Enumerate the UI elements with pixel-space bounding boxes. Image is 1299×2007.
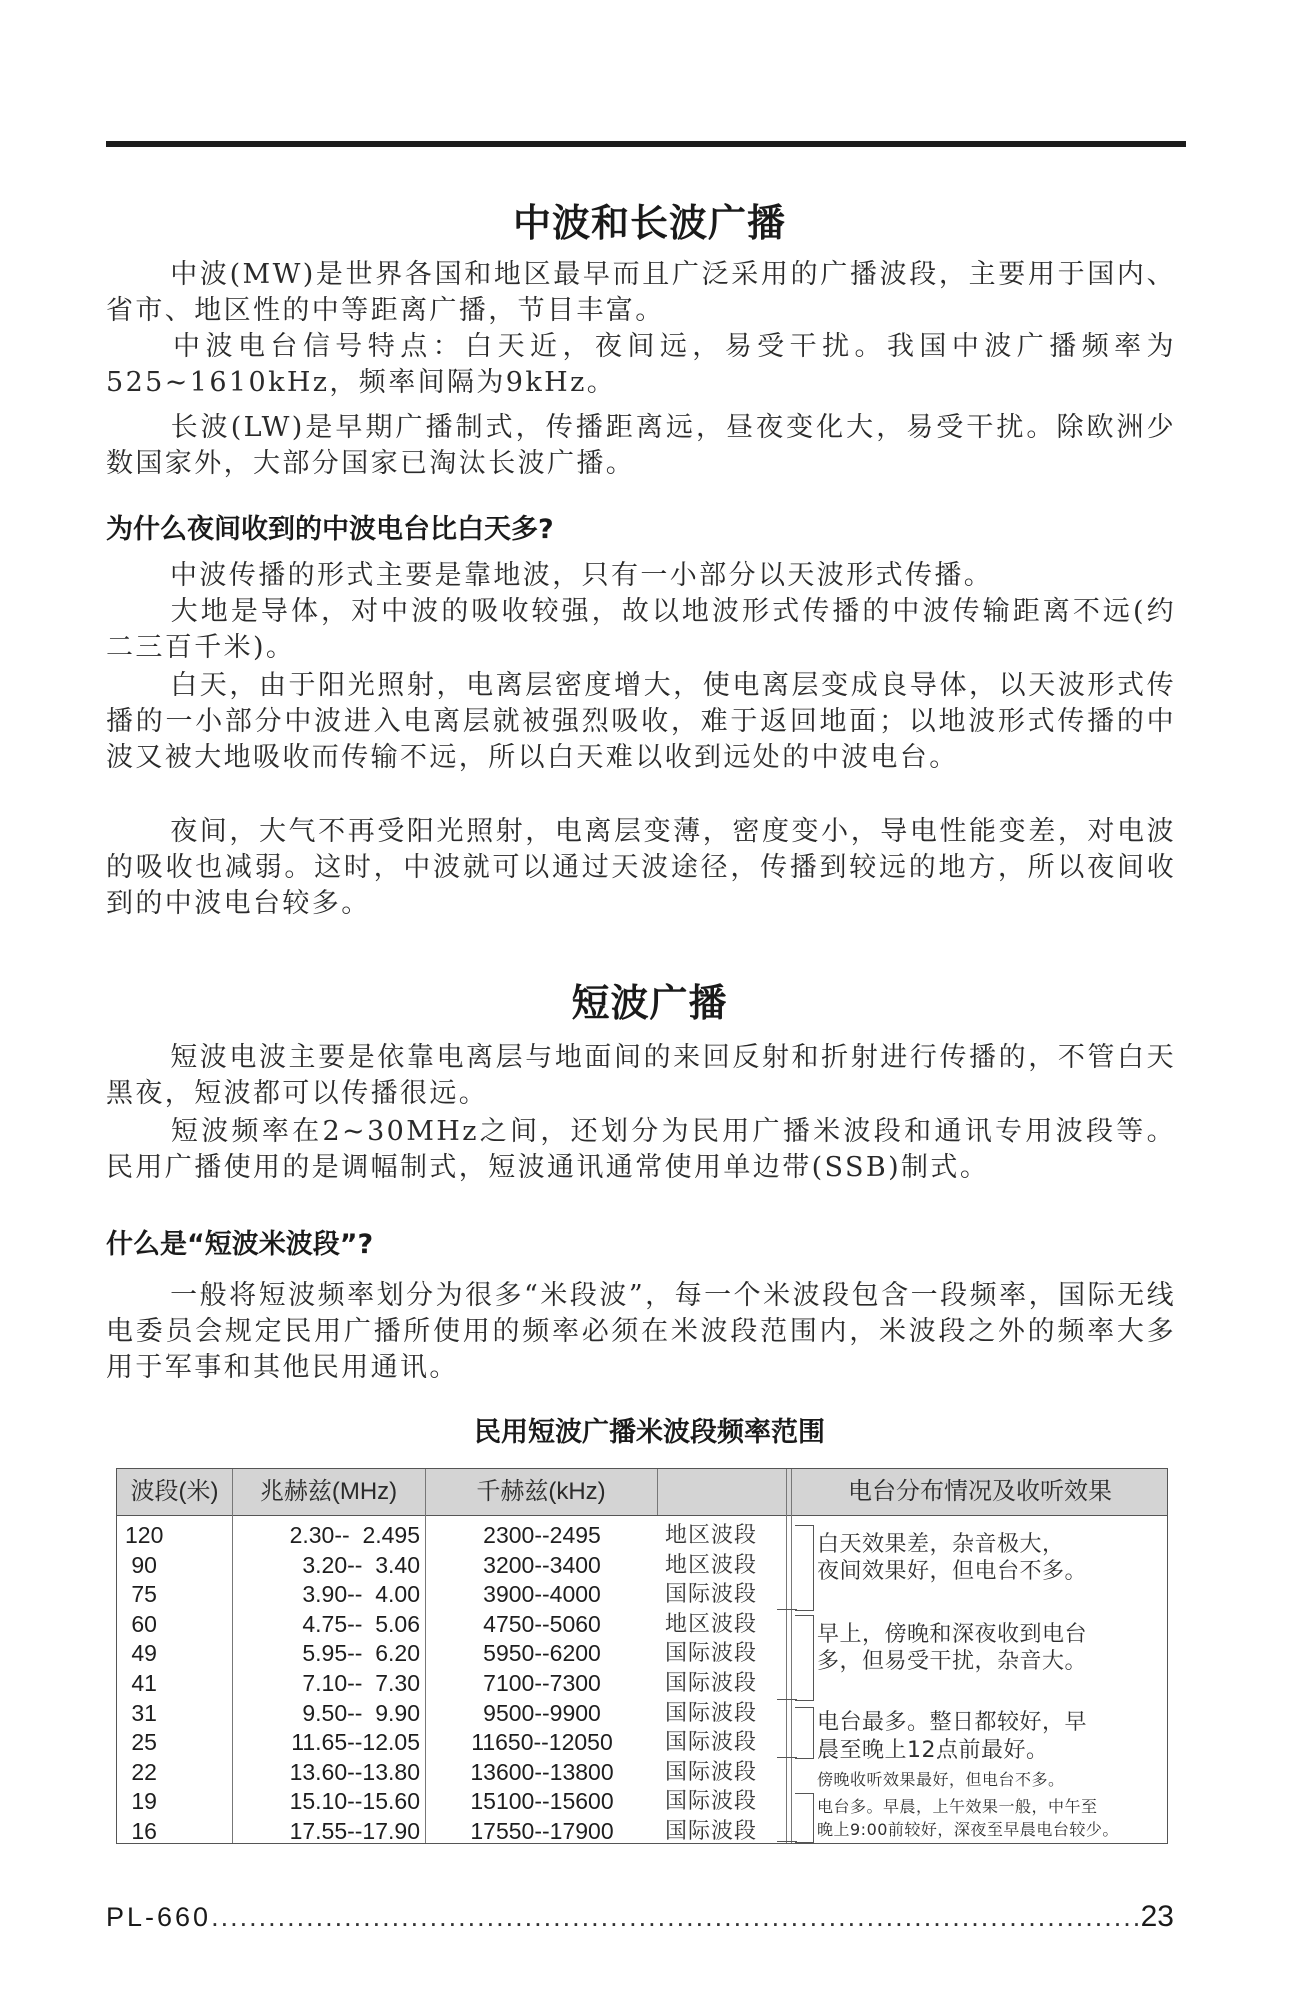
cell-khz: 13600--13800: [427, 1758, 657, 1788]
cell-mhz: 9.50-- 9.90: [245, 1699, 420, 1729]
cell-khz: 3900--4000: [427, 1580, 657, 1610]
cell-meter: 41: [125, 1669, 225, 1699]
cell-band-type: 地区波段: [665, 1521, 785, 1551]
cell-band-type: 地区波段: [665, 1551, 785, 1581]
cell-khz: 9500--9900: [427, 1699, 657, 1729]
paragraph-sw-1: 短波电波主要是依靠电离层与地面间的来回反射和折射进行传播的，不管白天黑夜，短波都…: [106, 1040, 1176, 1112]
column-meter: 120 90 75 60 49 41 31 25 22 19 16: [125, 1521, 225, 1847]
page-number: 23: [1141, 1900, 1174, 1934]
cell-meter: 22: [125, 1758, 225, 1788]
group-bracket-tick: [777, 1609, 797, 1610]
cell-mhz: 17.55--17.90: [245, 1817, 420, 1847]
cell-khz: 11650--12050: [427, 1728, 657, 1758]
group-bracket: [795, 1525, 814, 1611]
cell-khz: 7100--7300: [427, 1669, 657, 1699]
header-meter: 波段(米): [117, 1469, 232, 1515]
frequency-table: 波段(米) 兆赫兹(MHz) 千赫兹(kHz) 电台分布情况及收听效果 120 …: [116, 1468, 1168, 1844]
section-title-sw: 短波广播: [0, 972, 1299, 1027]
cell-mhz: 7.10-- 7.30: [245, 1669, 420, 1699]
cell-band-type: 国际波段: [665, 1787, 785, 1817]
table-title: 民用短波广播米波段频率范围: [0, 1410, 1299, 1449]
paragraph-mw-intro: 中波(MW)是世界各国和地区最早而且广泛采用的广播波段，主要用于国内、省市、地区…: [106, 257, 1176, 329]
cell-band-type: 地区波段: [665, 1610, 785, 1640]
paragraph-night-1: 中波传播的形式主要是靠地波，只有一小部分以天波形式传播。: [106, 558, 1176, 594]
group-bracket-tick: [777, 1699, 797, 1700]
note-120-75: 白天效果差，杂音极大， 夜间效果好，但电台不多。: [817, 1531, 1087, 1585]
note-60-41: 早上，傍晚和深夜收到电台 多，但易受干扰，杂音大。: [817, 1621, 1087, 1675]
heading-meter-band: 什么是“短波米波段”?: [106, 1222, 373, 1261]
cell-meter: 49: [125, 1639, 225, 1669]
group-bracket: [795, 1707, 814, 1759]
cell-meter: 16: [125, 1817, 225, 1847]
leader-dots: ........................................…: [211, 1902, 1141, 1933]
note-22: 傍晚收听效果最好，但电台不多。: [817, 1769, 1065, 1791]
cell-mhz: 15.10--15.60: [245, 1787, 420, 1817]
cell-khz: 5950--6200: [427, 1639, 657, 1669]
col-divider: [791, 1469, 792, 1843]
col-divider: [232, 1469, 233, 1843]
paragraph-night-4: 夜间，大气不再受阳光照射，电离层变薄，密度变小，导电性能变差，对电波的吸收也减弱…: [106, 814, 1176, 922]
cell-meter: 31: [125, 1699, 225, 1729]
col-divider: [425, 1469, 426, 1843]
cell-khz: 2300--2495: [427, 1521, 657, 1551]
cell-band-type: 国际波段: [665, 1758, 785, 1788]
note-19-16: 电台多。早晨，上午效果一般，中午至 晚上9:00前较好，深夜至早晨电台较少。: [817, 1795, 1119, 1841]
top-rule: [106, 141, 1186, 147]
cell-meter: 25: [125, 1728, 225, 1758]
header-band-type: [657, 1469, 787, 1515]
section-title-mw-lw: 中波和长波广播: [0, 192, 1299, 247]
paragraph-night-2: 大地是导体，对中波的吸收较强，故以地波形式传播的中波传输距离不远(约二三百千米)…: [106, 594, 1176, 666]
group-bracket: [795, 1615, 814, 1701]
cell-mhz: 2.30-- 2.495: [245, 1521, 420, 1551]
header-khz: 千赫兹(kHz): [425, 1469, 657, 1515]
cell-meter: 60: [125, 1610, 225, 1640]
cell-band-type: 国际波段: [665, 1669, 785, 1699]
paragraph-mw-characteristics: 中波电台信号特点：白天近，夜间远，易受干扰。我国中波广播频率为525~1610k…: [106, 329, 1176, 401]
cell-band-type: 国际波段: [665, 1580, 785, 1610]
paragraph-lw: 长波(LW)是早期广播制式，传播距离远，昼夜变化大，易受干扰。除欧洲少数国家外，…: [106, 410, 1176, 482]
group-bracket-tick: [777, 1841, 797, 1842]
header-notes: 电台分布情况及收听效果: [793, 1469, 1167, 1515]
cell-mhz: 5.95-- 6.20: [245, 1639, 420, 1669]
model-name: PL-660: [106, 1902, 211, 1933]
note-31-25: 电台最多。整日都较好，早 晨至晚上12点前最好。: [817, 1709, 1087, 1765]
group-bracket-tick: [777, 1757, 797, 1758]
cell-meter: 19: [125, 1787, 225, 1817]
table-header: 波段(米) 兆赫兹(MHz) 千赫兹(kHz) 电台分布情况及收听效果: [117, 1469, 1167, 1516]
cell-mhz: 11.65--12.05: [245, 1728, 420, 1758]
column-band-type: 地区波段 地区波段 国际波段 地区波段 国际波段 国际波段 国际波段 国际波段 …: [665, 1521, 785, 1847]
cell-mhz: 3.20-- 3.40: [245, 1551, 420, 1581]
paragraph-night-3: 白天，由于阳光照射，电离层密度增大，使电离层变成良导体，以天波形式传播的一小部分…: [106, 668, 1176, 776]
cell-khz: 3200--3400: [427, 1551, 657, 1581]
col-divider: [786, 1469, 787, 1843]
group-bracket: [795, 1793, 814, 1843]
col-divider: [657, 1469, 658, 1515]
cell-mhz: 4.75-- 5.06: [245, 1610, 420, 1640]
cell-band-type: 国际波段: [665, 1817, 785, 1847]
cell-meter: 75: [125, 1580, 225, 1610]
paragraph-sw-2: 短波频率在2~30MHz之间，还划分为民用广播米波段和通讯专用波段等。民用广播使…: [106, 1114, 1176, 1186]
page-footer: PL-660 .................................…: [106, 1900, 1174, 1934]
cell-meter: 90: [125, 1551, 225, 1581]
paragraph-meter-band: 一般将短波频率划分为很多“米段波”，每一个米波段包含一段频率，国际无线电委员会规…: [106, 1278, 1176, 1386]
cell-meter: 120: [125, 1521, 225, 1551]
cell-band-type: 国际波段: [665, 1639, 785, 1669]
cell-band-type: 国际波段: [665, 1728, 785, 1758]
cell-khz: 17550--17900: [427, 1817, 657, 1847]
column-mhz: 2.30-- 2.495 3.20-- 3.40 3.90-- 4.00 4.7…: [245, 1521, 420, 1847]
cell-khz: 15100--15600: [427, 1787, 657, 1817]
cell-band-type: 国际波段: [665, 1699, 785, 1729]
cell-mhz: 3.90-- 4.00: [245, 1580, 420, 1610]
cell-khz: 4750--5060: [427, 1610, 657, 1640]
cell-mhz: 13.60--13.80: [245, 1758, 420, 1788]
column-khz: 2300--2495 3200--3400 3900--4000 4750--5…: [427, 1521, 657, 1847]
heading-why-night: 为什么夜间收到的中波电台比白天多?: [106, 507, 554, 546]
header-mhz: 兆赫兹(MHz): [232, 1469, 425, 1515]
